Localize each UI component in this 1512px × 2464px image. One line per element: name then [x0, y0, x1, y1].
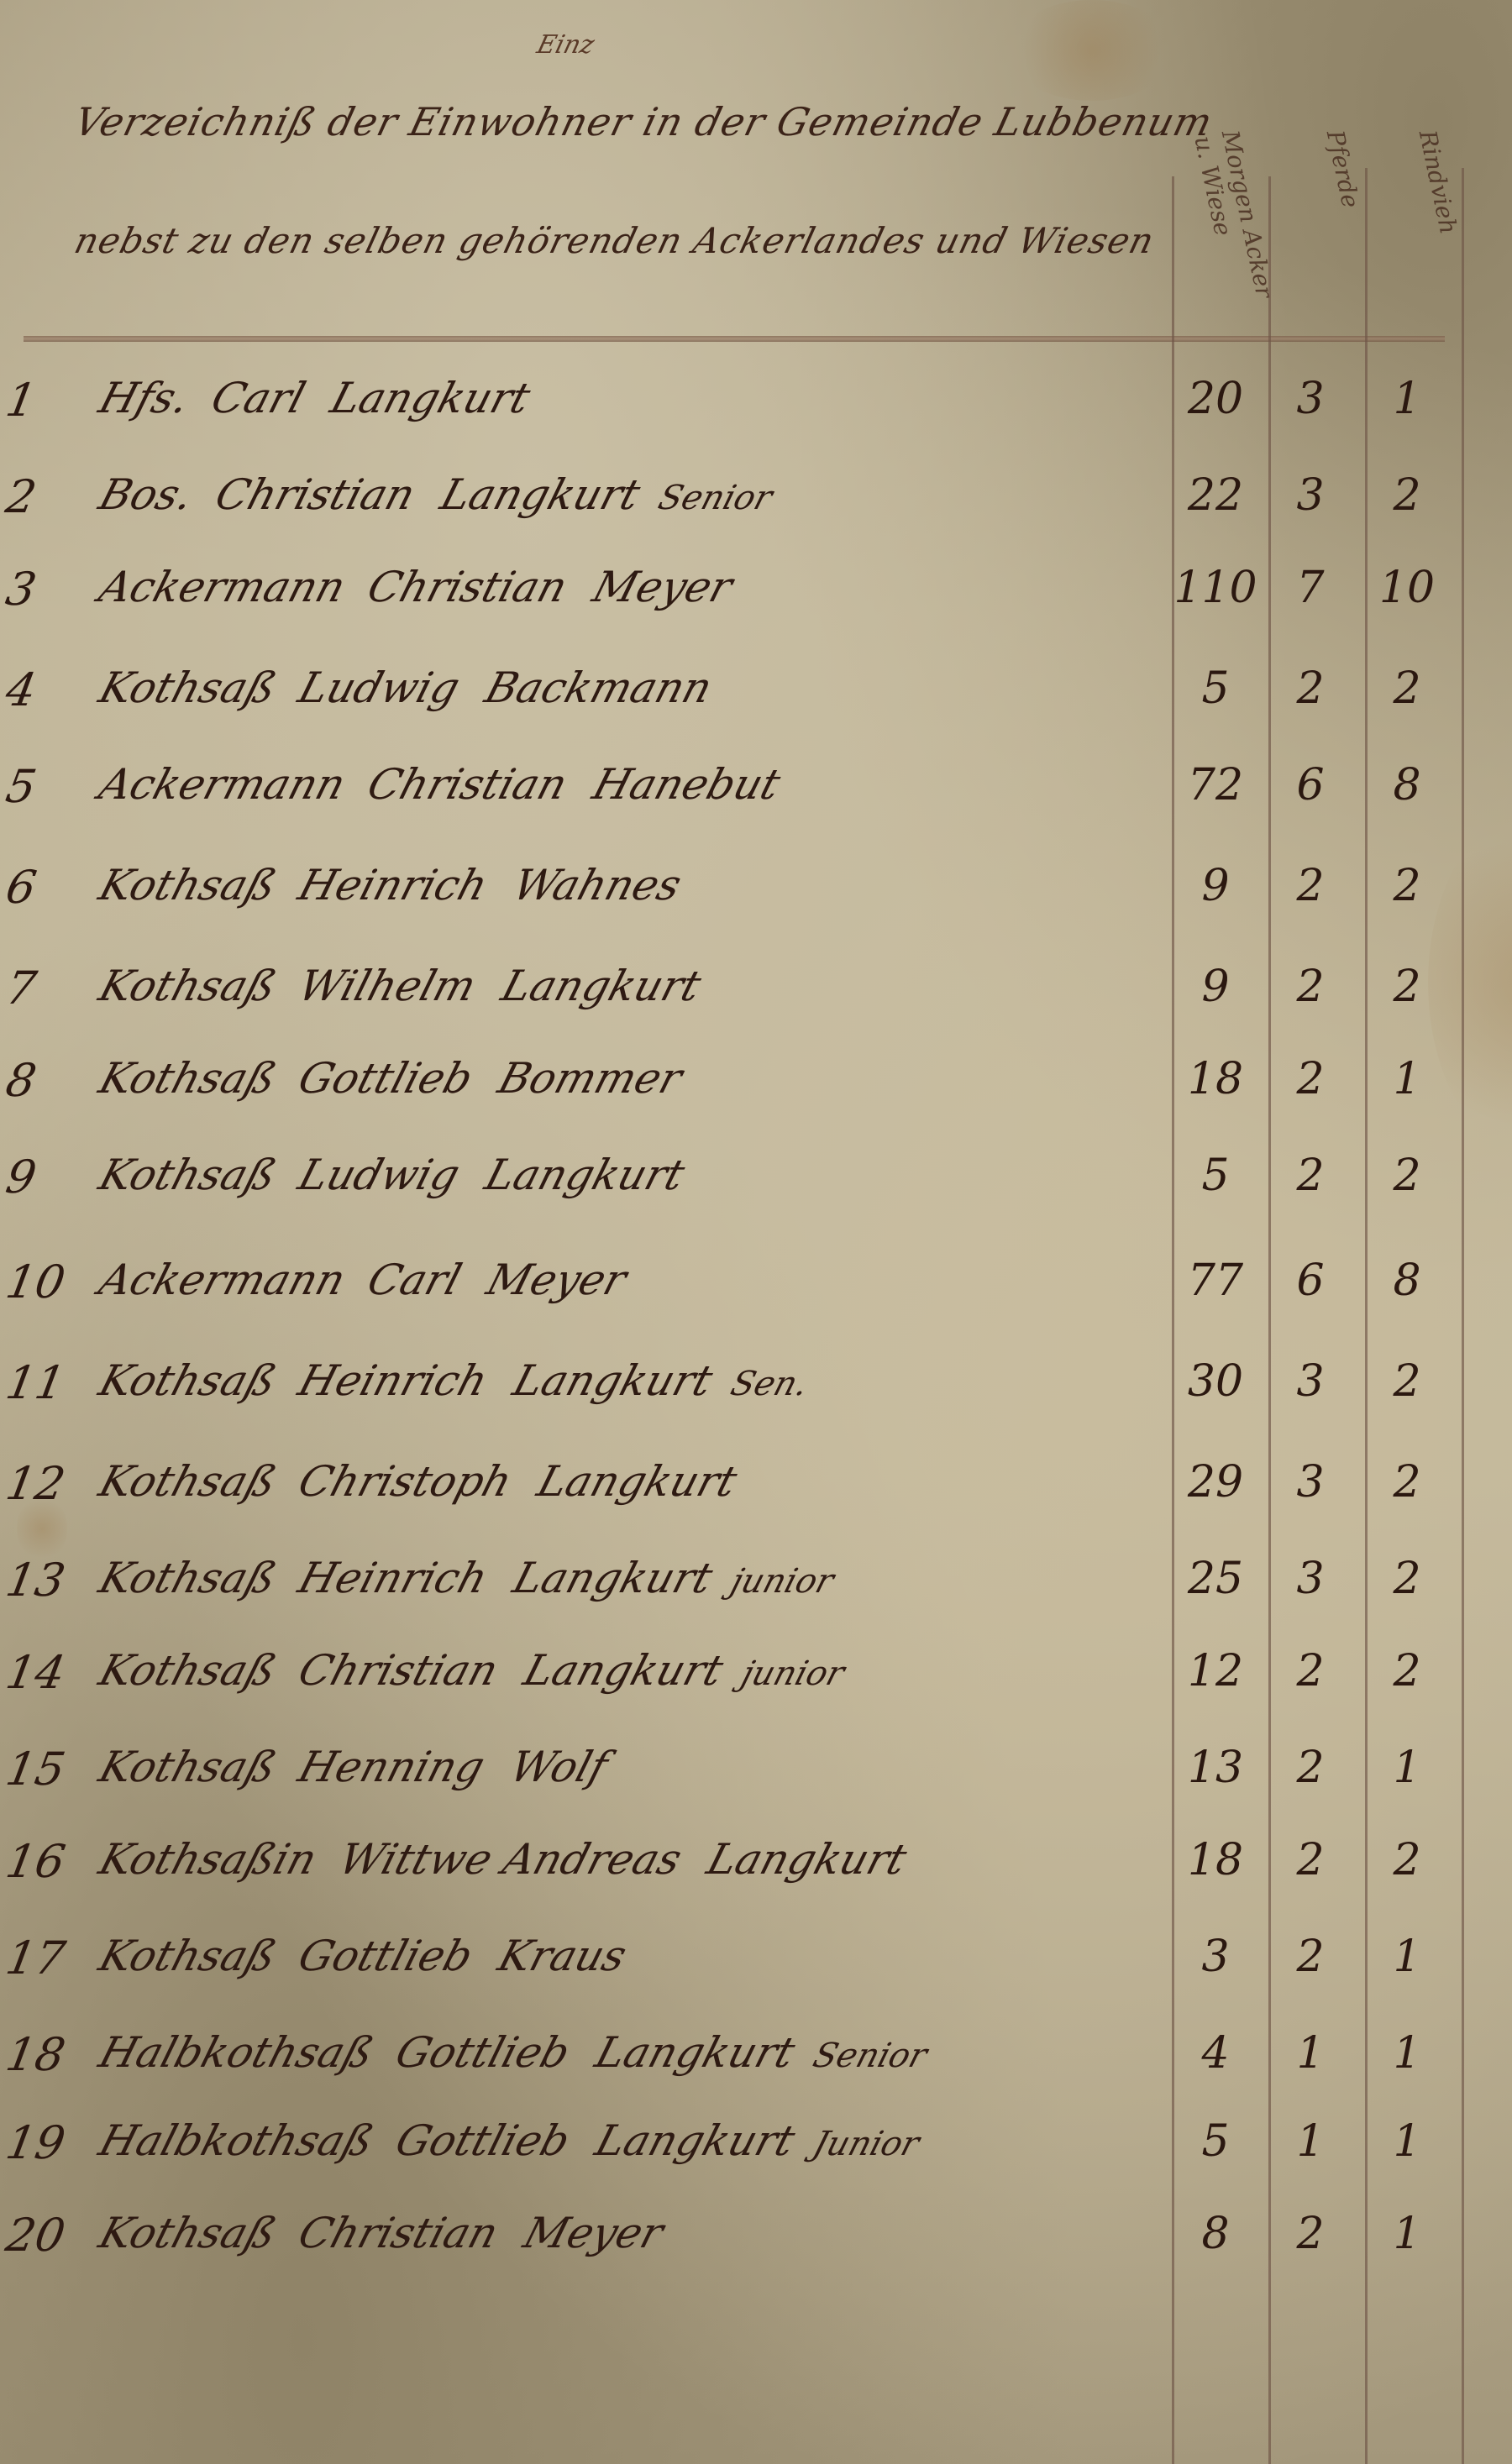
row-number: 13	[2, 1554, 87, 1607]
row-number: 10	[2, 1256, 87, 1308]
row-number: 14	[2, 1646, 87, 1699]
inhabitant-entry: Bos.ChristianLangkurtSenior	[94, 470, 1167, 519]
register-row: 6KothsaßHeinrichWahnes922	[0, 861, 1512, 962]
horses-value: 2	[1264, 1743, 1357, 1793]
row-number: 16	[2, 1835, 87, 1888]
register-row: 11KothsaßHeinrichLangkurtSen.3032	[0, 1356, 1512, 1457]
register-row: 19HalbkothsaßGottliebLangkurtJunior511	[0, 2116, 1512, 2217]
holding-status: Kothsaß	[94, 861, 282, 910]
holding-status: Kothsaß	[94, 663, 282, 712]
cattle-value: 2	[1361, 1554, 1453, 1604]
given-name: Christian	[293, 1646, 504, 1695]
holding-status: Ackermann	[94, 760, 351, 809]
cattle-value: 2	[1361, 663, 1453, 714]
row-number: 17	[2, 1932, 87, 1984]
inhabitant-entry: KothsaßHeinrichLangkurtjunior	[94, 1554, 1167, 1602]
given-name: Ludwig	[293, 663, 465, 712]
given-name: Heinrich	[293, 861, 493, 910]
inhabitant-entry: KothsaßHeinrichLangkurtSen.	[94, 1356, 1167, 1405]
register-row: 16KothsaßinWittwe AndreasLangkurt1822	[0, 1835, 1512, 1936]
inhabitant-entry: HalbkothsaßGottliebLangkurtJunior	[94, 2116, 1167, 2165]
inhabitant-entry: KothsaßHenningWolf	[94, 1743, 1167, 1791]
surname: Backmann	[480, 663, 717, 712]
row-number: 19	[2, 2116, 87, 2169]
surname: Bommer	[493, 1054, 688, 1103]
holding-status: Kothsaßin	[94, 1835, 323, 1884]
register-row: 13KothsaßHeinrichLangkurtjunior2532	[0, 1554, 1512, 1654]
name-suffix	[726, 672, 737, 710]
inhabitant-entry: Hfs.CarlLangkurt	[94, 374, 1167, 422]
surname: Wolf	[505, 1743, 613, 1791]
holding-status: Kothsaß	[94, 962, 282, 1010]
register-row: 5AckermannChristianHanebut7268	[0, 760, 1512, 861]
horses-value: 3	[1264, 374, 1357, 424]
inhabitant-entry: AckermannChristianHanebut	[94, 760, 1167, 809]
horses-value: 2	[1264, 962, 1357, 1012]
acres-value: 3	[1169, 1932, 1262, 1982]
cattle-value: 2	[1361, 962, 1453, 1012]
cattle-value: 2	[1361, 1457, 1453, 1507]
name-suffix	[715, 970, 726, 1009]
horses-value: 2	[1264, 1151, 1357, 1201]
horses-value: 6	[1264, 1256, 1357, 1306]
acres-value: 18	[1169, 1835, 1262, 1885]
row-number: 2	[2, 470, 87, 523]
given-name: Christian	[362, 563, 573, 611]
inhabitant-entry: HalbkothsaßGottliebLangkurtSenior	[94, 2028, 1167, 2077]
surname: Meyer	[481, 1256, 632, 1304]
holding-status: Kothsaß	[94, 1457, 282, 1506]
surname: Langkurt	[507, 1554, 717, 1602]
acres-value: 22	[1169, 470, 1262, 521]
acres-value: 110	[1169, 563, 1262, 613]
holding-status: Ackermann	[94, 563, 351, 611]
cattle-value: 8	[1361, 1256, 1453, 1306]
acres-value: 9	[1169, 962, 1262, 1012]
surname: Langkurt	[480, 1151, 690, 1199]
document-page: Einz Verzeichniß der Einwohner in der Ge…	[0, 0, 1512, 2464]
horses-value: 2	[1264, 1646, 1357, 1696]
register-row: 7KothsaßWilhelmLangkurt922	[0, 962, 1512, 1062]
holding-status: Halbkothsaß	[94, 2116, 380, 2165]
cattle-value: 1	[1361, 1932, 1453, 1982]
holding-status: Kothsaß	[94, 1054, 282, 1103]
given-name: Heinrich	[293, 1554, 493, 1602]
register-row: 4KothsaßLudwigBackmann522	[0, 663, 1512, 764]
acres-value: 25	[1169, 1554, 1262, 1604]
cattle-value: 1	[1361, 2209, 1453, 2259]
register-row: 12KothsaßChristophLangkurt2932	[0, 1457, 1512, 1558]
row-number: 15	[2, 1743, 87, 1796]
document-title-line-2: nebst zu den selben gehörenden Ackerland…	[71, 220, 1159, 261]
holding-status: Kothsaß	[94, 1356, 282, 1405]
holding-status: Halbkothsaß	[94, 2028, 380, 2077]
register-row: 9KothsaßLudwigLangkurt522	[0, 1151, 1512, 1251]
name-suffix: junior	[737, 1654, 848, 1693]
inhabitant-entry: KothsaßChristophLangkurt	[94, 1457, 1167, 1506]
holding-status: Kothsaß	[94, 1151, 282, 1199]
given-name: Carl	[362, 1256, 467, 1304]
register-row: 1Hfs.CarlLangkurt2031	[0, 374, 1512, 474]
row-number: 11	[2, 1356, 87, 1409]
holding-status: Kothsaß	[94, 1646, 282, 1695]
holding-status: Kothsaß	[94, 1743, 282, 1791]
given-name: Carl	[206, 374, 311, 422]
acres-value: 29	[1169, 1457, 1262, 1507]
name-suffix	[746, 571, 757, 610]
surname: Meyer	[587, 563, 738, 611]
name-suffix: junior	[727, 1562, 838, 1601]
given-name: Heinrich	[293, 1356, 493, 1405]
acres-value: 12	[1169, 1646, 1262, 1696]
document-title-line-1: Verzeichniß der Einwohner in der Gemeind…	[70, 99, 1217, 144]
inhabitant-entry: KothsaßLudwigLangkurt	[94, 1151, 1167, 1199]
row-number: 6	[2, 861, 87, 914]
inhabitant-entry: KothsaßWilhelmLangkurt	[94, 962, 1167, 1010]
row-number: 7	[2, 962, 87, 1014]
cattle-value: 2	[1361, 861, 1453, 911]
surname: Langkurt	[701, 1835, 911, 1884]
cattle-value: 1	[1361, 374, 1453, 424]
surname: Langkurt	[532, 1457, 742, 1506]
acres-value: 77	[1169, 1256, 1262, 1306]
horses-value: 2	[1264, 2209, 1357, 2259]
acres-value: 30	[1169, 1356, 1262, 1407]
given-name: Christian	[293, 2209, 504, 2257]
cattle-value: 2	[1361, 1835, 1453, 1885]
row-number: 5	[2, 760, 87, 813]
name-suffix	[640, 1264, 651, 1303]
holding-status: Kothsaß	[94, 2209, 282, 2257]
cattle-value: 2	[1361, 1151, 1453, 1201]
acres-value: 4	[1169, 2028, 1262, 2079]
name-suffix	[698, 1159, 709, 1198]
surname: Meyer	[518, 2209, 669, 2257]
column-header-acres: Morgen Acker u. Wiese	[1161, 128, 1284, 334]
surname: Kraus	[493, 1932, 633, 1980]
horses-value: 3	[1264, 1356, 1357, 1407]
given-name: Henning	[293, 1743, 490, 1791]
inhabitant-entry: KothsaßChristianLangkurtjunior	[94, 1646, 1167, 1695]
given-name: Christoph	[293, 1457, 517, 1506]
cattle-value: 1	[1361, 1743, 1453, 1793]
horses-value: 1	[1264, 2116, 1357, 2167]
acres-value: 5	[1169, 2116, 1262, 2167]
register-row: 15KothsaßHenningWolf1321	[0, 1743, 1512, 1843]
holding-status: Kothsaß	[94, 1554, 282, 1602]
register-row: 17KothsaßGottliebKraus321	[0, 1932, 1512, 2032]
cattle-value: 2	[1361, 1646, 1453, 1696]
name-suffix: Junior	[809, 2125, 924, 2163]
surname: Langkurt	[590, 2028, 800, 2077]
name-suffix: Sen.	[727, 1365, 813, 1403]
water-stain	[1008, 0, 1176, 101]
inhabitant-entry: KothsaßChristianMeyer	[94, 2209, 1167, 2257]
cattle-value: 8	[1361, 760, 1453, 810]
name-suffix	[544, 382, 555, 421]
horses-value: 6	[1264, 760, 1357, 810]
inhabitant-entry: KothsaßGottliebKraus	[94, 1932, 1167, 1980]
cattle-value: 1	[1361, 2028, 1453, 2079]
holding-status: Ackermann	[94, 1256, 351, 1304]
surname: Langkurt	[325, 374, 535, 422]
horses-value: 3	[1264, 470, 1357, 521]
name-suffix	[921, 1843, 932, 1882]
register-row: 18HalbkothsaßGottliebLangkurtSenior411	[0, 2028, 1512, 2129]
given-name: Gottlieb	[391, 2028, 575, 2077]
surname: Hanebut	[587, 760, 785, 809]
name-suffix	[794, 768, 805, 807]
horses-value: 2	[1264, 861, 1357, 911]
acres-value: 9	[1169, 861, 1262, 911]
cattle-value: 1	[1361, 2116, 1453, 2167]
row-number: 12	[2, 1457, 87, 1510]
header-divider	[24, 336, 1445, 342]
surname: Langkurt	[590, 2116, 800, 2165]
title-insertion: Einz	[534, 30, 597, 60]
horses-value: 2	[1264, 1932, 1357, 1982]
surname: Wahnes	[507, 861, 686, 910]
acres-value: 8	[1169, 2209, 1262, 2259]
inhabitant-entry: KothsaßHeinrichWahnes	[94, 861, 1167, 910]
surname: Langkurt	[518, 1646, 728, 1695]
horses-value: 7	[1264, 563, 1357, 613]
inhabitant-entry: AckermannChristianMeyer	[94, 563, 1167, 611]
given-name: Wilhelm	[293, 962, 481, 1010]
horses-value: 2	[1264, 663, 1357, 714]
row-number: 20	[2, 2209, 87, 2262]
name-suffix	[622, 1751, 633, 1790]
given-name: Gottlieb	[293, 1054, 478, 1103]
acres-value: 5	[1169, 663, 1262, 714]
register-row: 14KothsaßChristianLangkurtjunior1222	[0, 1646, 1512, 1747]
given-name: Ludwig	[293, 1151, 465, 1199]
surname: Langkurt	[507, 1356, 717, 1405]
inhabitant-entry: KothsaßinWittwe AndreasLangkurt	[94, 1835, 1167, 1884]
row-number: 4	[2, 663, 87, 716]
register-row: 20KothsaßChristianMeyer821	[0, 2209, 1512, 2309]
given-name: Wittwe Andreas	[333, 1835, 687, 1884]
horses-value: 1	[1264, 2028, 1357, 2079]
horses-value: 2	[1264, 1054, 1357, 1104]
acres-value: 72	[1169, 760, 1262, 810]
name-suffix	[696, 1062, 707, 1101]
inhabitant-entry: AckermannCarlMeyer	[94, 1256, 1167, 1304]
acres-value: 5	[1169, 1151, 1262, 1201]
holding-status: Kothsaß	[94, 1932, 282, 1980]
cattle-value: 2	[1361, 1356, 1453, 1407]
register-row: 8KothsaßGottliebBommer1821	[0, 1054, 1512, 1155]
row-number: 18	[2, 2028, 87, 2081]
acres-value: 18	[1169, 1054, 1262, 1104]
name-suffix	[751, 1465, 762, 1504]
cattle-value: 1	[1361, 1054, 1453, 1104]
given-name: Christian	[210, 470, 421, 519]
register-row: 2Bos.ChristianLangkurtSenior2232	[0, 470, 1512, 571]
row-number: 8	[2, 1054, 87, 1107]
horses-value: 2	[1264, 1835, 1357, 1885]
cattle-value: 2	[1361, 470, 1453, 521]
horses-value: 3	[1264, 1554, 1357, 1604]
name-suffix: Senior	[654, 479, 776, 517]
name-suffix: Senior	[809, 2037, 932, 2075]
given-name: Gottlieb	[293, 1932, 478, 1980]
cattle-value: 10	[1361, 563, 1453, 613]
surname: Langkurt	[435, 470, 645, 519]
name-suffix	[696, 869, 706, 908]
holding-status: Bos.	[94, 470, 199, 519]
row-number: 9	[2, 1151, 87, 1203]
inhabitant-entry: KothsaßGottliebBommer	[94, 1054, 1167, 1103]
row-number: 3	[2, 563, 87, 616]
register-row: 10AckermannCarlMeyer7768	[0, 1256, 1512, 1356]
holding-status: Hfs.	[94, 374, 195, 422]
given-name: Gottlieb	[391, 2116, 575, 2165]
acres-value: 13	[1169, 1743, 1262, 1793]
inhabitant-entry: KothsaßLudwigBackmann	[94, 663, 1167, 712]
register-row: 3AckermannChristianMeyer110710	[0, 563, 1512, 663]
row-number: 1	[2, 374, 87, 427]
surname: Langkurt	[496, 962, 706, 1010]
name-suffix	[640, 1940, 651, 1979]
acres-value: 20	[1169, 374, 1262, 424]
given-name: Christian	[362, 760, 573, 809]
name-suffix	[677, 2217, 688, 2256]
horses-value: 3	[1264, 1457, 1357, 1507]
